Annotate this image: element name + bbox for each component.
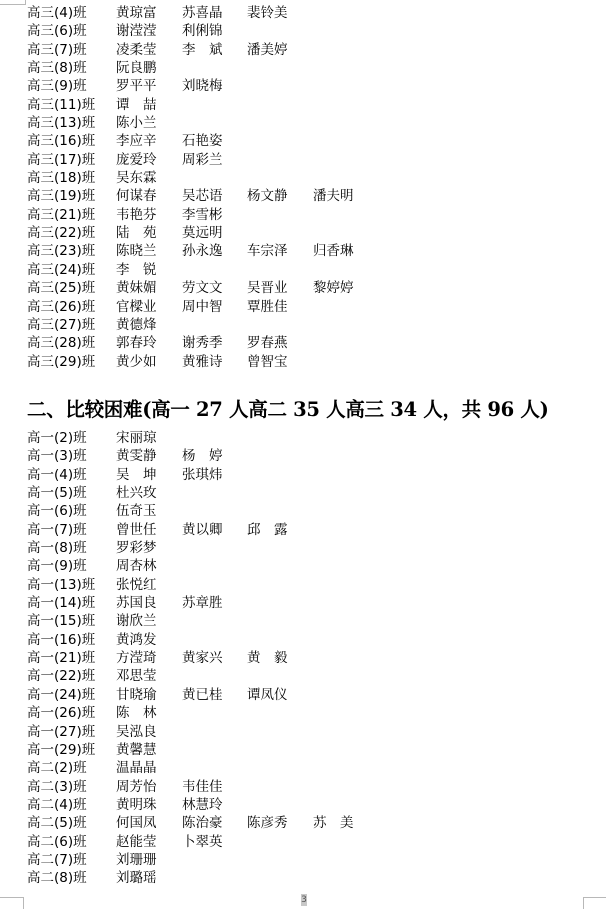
student-name: 吴晋业 <box>247 279 288 297</box>
student-name: 宋丽琼 <box>116 429 157 447</box>
class-label: 高三(29)班 <box>27 353 95 371</box>
class-label: 高二(6)班 <box>27 833 87 851</box>
class-label: 高一(26)班 <box>27 704 95 722</box>
student-name: 陈治豪 <box>182 814 223 832</box>
class-label: 高一(16)班 <box>27 631 95 649</box>
student-name: 凌柔莹 <box>116 41 157 59</box>
student-name: 甘晓瑜 <box>116 686 157 704</box>
student-name: 归香琳 <box>313 242 354 260</box>
student-name: 刘珊珊 <box>116 851 157 869</box>
class-label: 高一(29)班 <box>27 741 95 759</box>
class-label: 高一(9)班 <box>27 557 87 575</box>
class-label: 高一(6)班 <box>27 502 87 520</box>
student-name: 黄家兴 <box>182 649 223 667</box>
class-label: 高一(27)班 <box>27 723 95 741</box>
student-name: 韦艳芬 <box>116 206 157 224</box>
student-name: 曾世任 <box>116 521 157 539</box>
class-label: 高二(5)班 <box>27 814 87 832</box>
student-name: 刘璐瑶 <box>116 869 157 887</box>
student-name: 裴铃美 <box>247 4 288 22</box>
student-name: 黄雯静 <box>116 447 157 465</box>
class-label: 高一(24)班 <box>27 686 95 704</box>
student-name: 庞爱玲 <box>116 151 157 169</box>
student-name: 杨 婷 <box>182 447 223 465</box>
student-name: 林慧玲 <box>182 796 223 814</box>
student-name: 陈 林 <box>116 704 157 722</box>
student-name: 伍奇玉 <box>116 502 157 520</box>
class-label: 高三(9)班 <box>27 77 87 95</box>
class-label: 高二(3)班 <box>27 778 87 796</box>
student-name: 莫远明 <box>182 224 223 242</box>
class-label: 高三(19)班 <box>27 187 95 205</box>
page-corner-mark <box>0 897 24 909</box>
student-name: 邓思莹 <box>116 667 157 685</box>
student-name: 官樑业 <box>116 298 157 316</box>
class-label: 高三(24)班 <box>27 261 95 279</box>
student-name: 潘夫明 <box>313 187 354 205</box>
class-label: 高三(22)班 <box>27 224 95 242</box>
class-label: 高三(13)班 <box>27 114 95 132</box>
student-name: 赵能莹 <box>116 833 157 851</box>
student-name: 陆 苑 <box>116 224 157 242</box>
class-label: 高三(4)班 <box>27 4 87 22</box>
student-name: 谭 喆 <box>116 96 157 114</box>
student-name: 石艳姿 <box>182 132 223 150</box>
student-name: 周芳怡 <box>116 778 157 796</box>
class-label: 高三(11)班 <box>27 96 95 114</box>
class-label: 高三(21)班 <box>27 206 95 224</box>
student-name: 杨文静 <box>247 187 288 205</box>
section-heading: 二、比较困难(高一 27 人高二 35 人高三 34 人，共 96 人) <box>27 396 549 424</box>
class-label: 高三(8)班 <box>27 59 87 77</box>
student-name: 车宗泽 <box>247 242 288 260</box>
class-label: 高三(17)班 <box>27 151 95 169</box>
student-name: 陈彦秀 <box>247 814 288 832</box>
student-name: 黄已桂 <box>182 686 223 704</box>
student-name: 郭春玲 <box>116 334 157 352</box>
student-name: 黄雅诗 <box>182 353 223 371</box>
student-name: 谢滢滢 <box>116 22 157 40</box>
student-name: 方滢琦 <box>116 649 157 667</box>
class-label: 高二(2)班 <box>27 759 87 777</box>
class-label: 高一(21)班 <box>27 649 95 667</box>
student-name: 刘晓梅 <box>182 77 223 95</box>
document-page: 高三(4)班黄琼富苏喜晶裴铃美高三(6)班谢滢滢利俐锦高三(7)班凌柔莹李 斌潘… <box>0 0 606 909</box>
student-name: 罗彩梦 <box>116 539 157 557</box>
class-label: 高二(8)班 <box>27 869 87 887</box>
class-label: 高一(22)班 <box>27 667 95 685</box>
student-name: 谢秀季 <box>182 334 223 352</box>
student-name: 罗平平 <box>116 77 157 95</box>
student-name: 何谋春 <box>116 187 157 205</box>
class-label: 高二(4)班 <box>27 796 87 814</box>
student-name: 黄少如 <box>116 353 157 371</box>
student-name: 谢欣兰 <box>116 612 157 630</box>
student-name: 覃胜佳 <box>247 298 288 316</box>
student-name: 谭凤仪 <box>247 686 288 704</box>
student-name: 苏国良 <box>116 594 157 612</box>
class-label: 高三(18)班 <box>27 169 95 187</box>
student-name: 黄德烽 <box>116 316 157 334</box>
class-label: 高二(7)班 <box>27 851 87 869</box>
student-name: 黄馨慧 <box>116 741 157 759</box>
class-label: 高一(3)班 <box>27 447 87 465</box>
student-name: 陈小兰 <box>116 114 157 132</box>
student-name: 阮良鹏 <box>116 59 157 77</box>
class-label: 高三(26)班 <box>27 298 95 316</box>
student-name: 李 斌 <box>182 41 223 59</box>
student-name: 韦佳佳 <box>182 778 223 796</box>
page-corner-mark <box>0 0 26 5</box>
class-label: 高三(16)班 <box>27 132 95 150</box>
student-name: 黄琼富 <box>116 4 157 22</box>
class-label: 高一(13)班 <box>27 576 95 594</box>
student-name: 杜兴玫 <box>116 484 157 502</box>
student-name: 苏 美 <box>313 814 354 832</box>
student-name: 曾智宝 <box>247 353 288 371</box>
student-name: 卜翠英 <box>182 833 223 851</box>
class-label: 高一(8)班 <box>27 539 87 557</box>
class-label: 高三(7)班 <box>27 41 87 59</box>
student-name: 黄以卿 <box>182 521 223 539</box>
student-name: 劳文文 <box>182 279 223 297</box>
student-name: 陈晓兰 <box>116 242 157 260</box>
student-name: 罗春燕 <box>247 334 288 352</box>
student-name: 张琪炜 <box>182 466 223 484</box>
student-name: 吴泓良 <box>116 723 157 741</box>
student-name: 苏喜晶 <box>182 4 223 22</box>
class-label: 高一(7)班 <box>27 521 87 539</box>
class-label: 高三(28)班 <box>27 334 95 352</box>
student-name: 李应辛 <box>116 132 157 150</box>
student-name: 潘美婷 <box>247 41 288 59</box>
student-name: 黎婷婷 <box>313 279 354 297</box>
student-name: 苏章胜 <box>182 594 223 612</box>
class-label: 高三(23)班 <box>27 242 95 260</box>
student-name: 李雪彬 <box>182 206 223 224</box>
student-name: 吴芯语 <box>182 187 223 205</box>
class-label: 高三(27)班 <box>27 316 95 334</box>
student-name: 何国凤 <box>116 814 157 832</box>
student-name: 黄鸿发 <box>116 631 157 649</box>
student-name: 周中智 <box>182 298 223 316</box>
student-name: 邱 露 <box>247 521 288 539</box>
class-label: 高三(6)班 <box>27 22 87 40</box>
page-number: 3 <box>301 894 307 906</box>
class-label: 高一(15)班 <box>27 612 95 630</box>
student-name: 温晶晶 <box>116 759 157 777</box>
class-label: 高三(25)班 <box>27 279 95 297</box>
student-name: 黄明珠 <box>116 796 157 814</box>
student-name: 李 锐 <box>116 261 157 279</box>
student-name: 利俐锦 <box>182 22 223 40</box>
student-name: 孙永逸 <box>182 242 223 260</box>
student-name: 吴东霖 <box>116 169 157 187</box>
student-name: 黄妹媚 <box>116 279 157 297</box>
student-name: 周杏林 <box>116 557 157 575</box>
class-label: 高一(5)班 <box>27 484 87 502</box>
student-name: 周彩兰 <box>182 151 223 169</box>
student-name: 黄 毅 <box>247 649 288 667</box>
student-name: 吴 坤 <box>116 466 157 484</box>
student-name: 张悦红 <box>116 576 157 594</box>
class-label: 高一(4)班 <box>27 466 87 484</box>
page-corner-mark <box>583 897 606 909</box>
class-label: 高一(2)班 <box>27 429 87 447</box>
class-label: 高一(14)班 <box>27 594 95 612</box>
